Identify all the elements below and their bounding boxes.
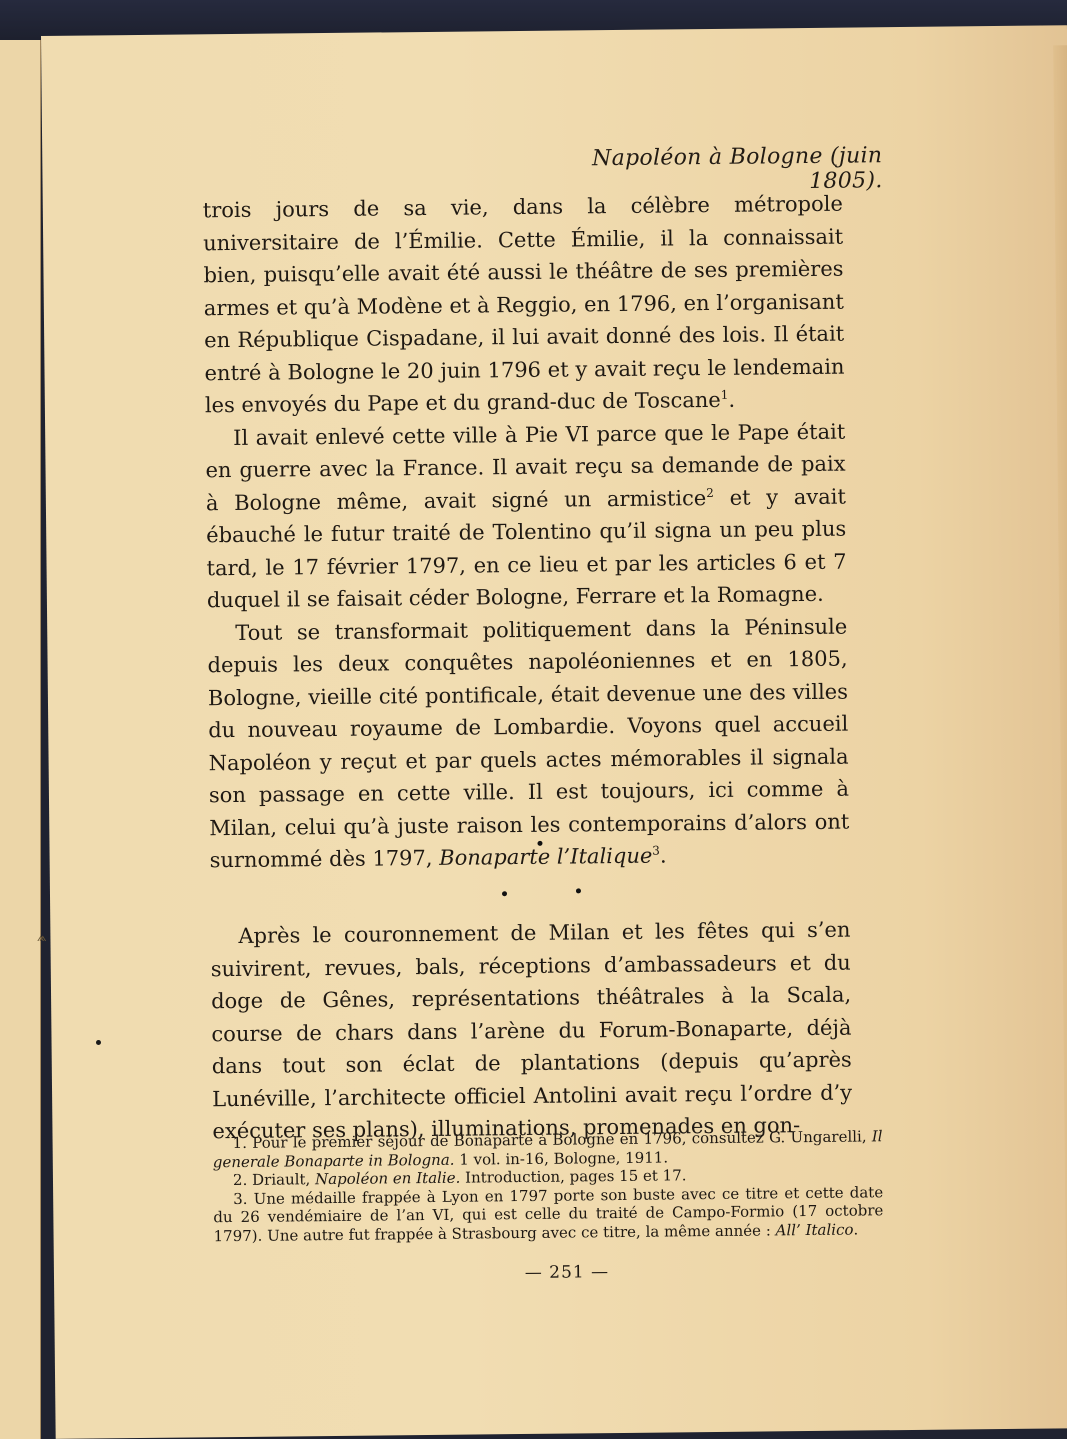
footnote-text: . <box>853 1220 858 1238</box>
body-section-1: trois jours de sa vie, dans la célèbre m… <box>203 188 850 877</box>
footnote-3: 3. Une médaille frappée à Lyon en 1797 p… <box>213 1183 884 1246</box>
footnote-number: 2. <box>233 1171 248 1189</box>
footnote-text: 1 vol. in-16, Bologne, 1911. <box>454 1148 668 1168</box>
facing-page-edge <box>0 40 41 1439</box>
footnote-text: Introduction, pages 15 et 17. <box>460 1166 686 1186</box>
paragraph-4: Après le couronnement de Milan et les fê… <box>210 914 852 1148</box>
footnotes: 1. Pour le premier séjour de Bonaparte à… <box>213 1127 884 1245</box>
gutter-tear-mark: ⩕ <box>37 930 49 944</box>
paragraph-2: Il avait enlevé cette ville à Pie VI par… <box>205 415 847 617</box>
footnote-italic-title: All’ Italico <box>775 1220 853 1239</box>
section-break-asterism <box>49 785 1067 916</box>
asterism-dot-icon <box>537 841 542 846</box>
paragraph-1: trois jours de sa vie, dans la célèbre m… <box>203 188 845 422</box>
asterism-dot-icon <box>502 891 507 896</box>
body-section-2: Après le couronnement de Milan et les fê… <box>210 914 852 1148</box>
footnote-number: 3. <box>233 1189 248 1207</box>
paragraph-text: trois jours de sa vie, dans la célèbre m… <box>203 192 845 418</box>
footnote-ref-2[interactable]: 2 <box>706 485 714 499</box>
page-fore-edge <box>1053 45 1067 1435</box>
paragraph-text: . <box>728 388 735 412</box>
footnote-ref-1[interactable]: 1 <box>721 388 729 402</box>
footnote-text: Driault, <box>252 1170 315 1189</box>
page-number: — 251 — <box>54 1257 1067 1288</box>
ink-speck <box>96 1040 101 1045</box>
book-page: Napoléon à Bologne (juin 1805). trois jo… <box>41 25 1067 1439</box>
asterism-dot-icon <box>576 888 581 893</box>
footnote-number: 1. <box>233 1134 248 1152</box>
footnote-italic-title: Napoléon en Italie. <box>315 1169 460 1189</box>
